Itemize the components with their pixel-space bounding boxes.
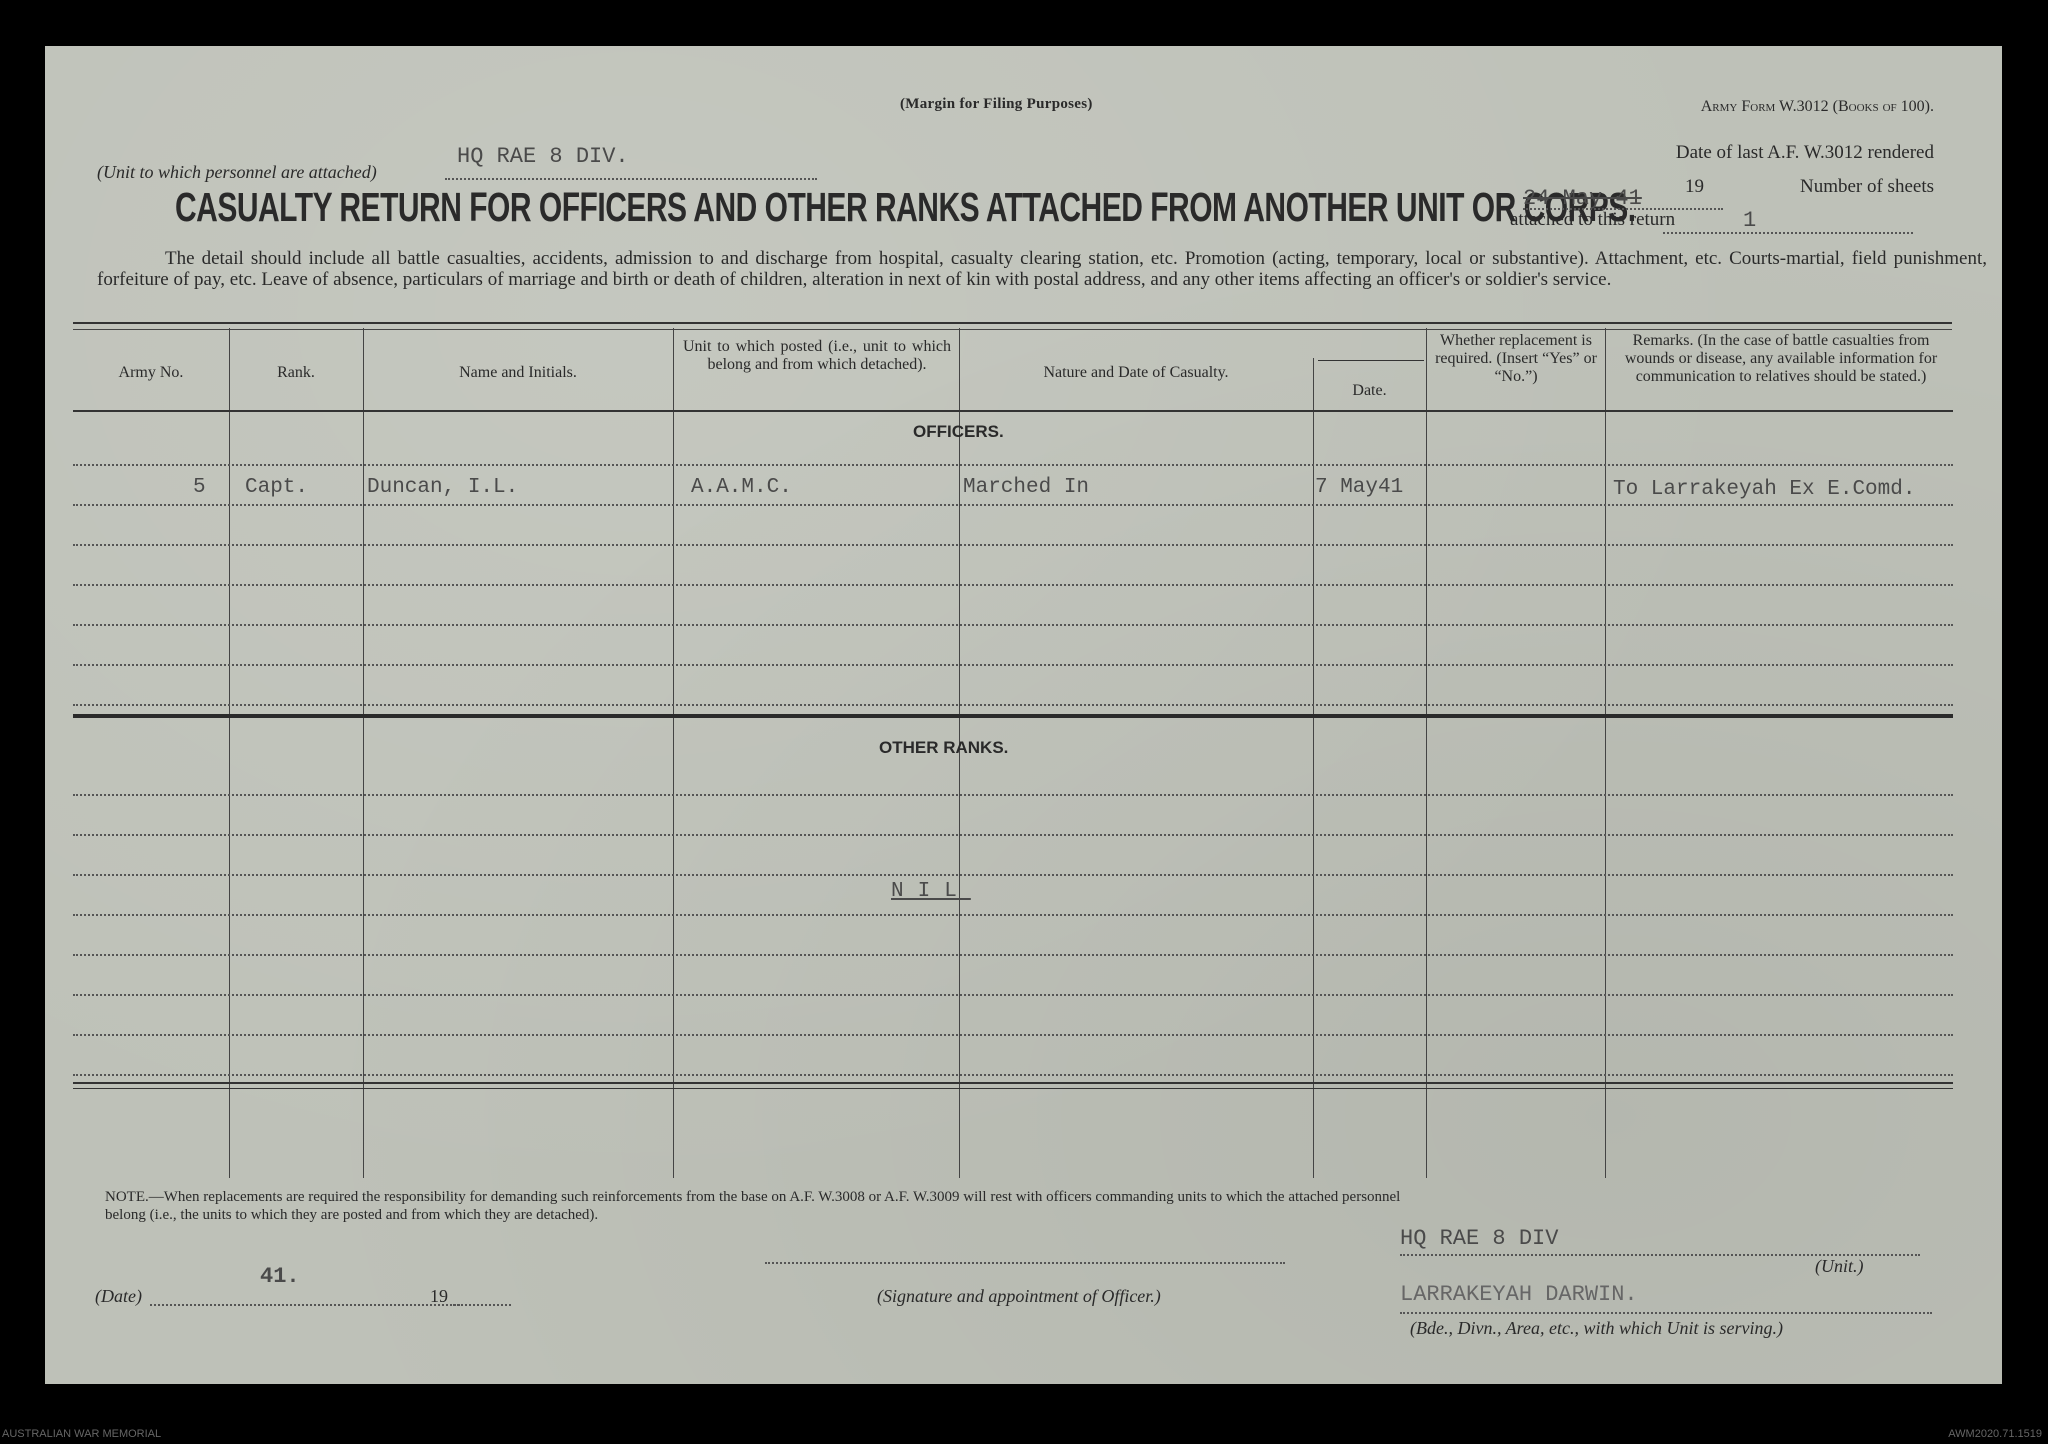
margin-note: (Margin for Filing Purposes): [900, 96, 1093, 113]
officers-section-label: OFFICERS.: [913, 422, 1004, 442]
cell-date: 7 May41: [1315, 476, 1403, 499]
unit-field[interactable]: HQ RAE 8 DIV: [1400, 1226, 1920, 1256]
header-nature: Nature and Date of Casualty.: [959, 364, 1313, 382]
unit-attached-value: HQ RAE 8 DIV.: [457, 144, 629, 169]
header-date: Date.: [1313, 382, 1426, 400]
date-year-field[interactable]: [453, 1282, 511, 1306]
number-of-sheets-label: Number of sheets: [1800, 176, 1934, 198]
bde-divn-area-label: (Bde., Divn., Area, etc., with which Uni…: [1410, 1318, 1783, 1339]
bde-divn-area-value: LARRAKEYAH DARWIN.: [1400, 1282, 1638, 1307]
date-year-prefix: 19: [430, 1286, 448, 1307]
row-rule: [73, 994, 1953, 996]
form-title: CASUALTY RETURN FOR OFFICERS AND OTHER R…: [175, 186, 1636, 232]
date-label: (Date): [95, 1286, 142, 1307]
date-header-rule: [1318, 360, 1424, 361]
date-value: 41.: [260, 1264, 300, 1289]
header-bottom-rule: [73, 410, 1953, 412]
column-divider: [1426, 328, 1427, 1178]
column-divider: [363, 328, 364, 1178]
header-name: Name and Initials.: [363, 364, 673, 382]
unit-label: (Unit.): [1815, 1256, 1864, 1277]
row-rule: [73, 1074, 1953, 1076]
attached-to-return-label: attached to this return: [1510, 209, 1675, 231]
row-rule: [73, 954, 1953, 956]
date-last-rendered-label: Date of last A.F. W.3012 rendered: [1676, 142, 1934, 164]
number-of-sheets-value: 1: [1743, 208, 1756, 233]
credit-accession-number: AWM2020.71.1519: [1948, 1428, 2042, 1440]
unit-attached-field[interactable]: HQ RAE 8 DIV.: [445, 144, 817, 180]
unit-attached-label: (Unit to which personnel are attached): [97, 162, 377, 183]
cell-rank: Capt.: [245, 476, 308, 499]
date-last-rendered-value: 24 May 41: [1523, 186, 1642, 211]
army-form-number: Army Form W.3012 (Books of 100).: [1701, 98, 1934, 116]
row-rule: [73, 624, 1953, 626]
casualty-table: Army No. Rank. Name and Initials. Unit t…: [73, 328, 1953, 1178]
cell-army-no: 5: [193, 476, 206, 499]
row-rule: [73, 704, 1953, 706]
row-rule: [73, 504, 1953, 506]
table-bottom-rule: [73, 1082, 1953, 1084]
cell-name: Duncan, I.L.: [367, 476, 518, 499]
section-divider: [73, 714, 1953, 718]
column-divider: [229, 328, 230, 1178]
column-divider: [673, 328, 674, 1178]
row-rule: [73, 464, 1953, 466]
signature-field[interactable]: [765, 1262, 1285, 1266]
header-remarks: Remarks. (In the case of battle casualti…: [1609, 332, 1953, 386]
instructions-text: The detail should include all battle cas…: [97, 248, 1987, 290]
row-rule: [73, 1034, 1953, 1036]
cell-nature: Marched In: [963, 476, 1089, 499]
column-divider: [1313, 358, 1314, 1178]
credit-institution: AUSTRALIAN WAR MEMORIAL: [2, 1428, 161, 1440]
header-replacement: Whether replacement is required. (Insert…: [1431, 332, 1601, 386]
number-of-sheets-field[interactable]: 1: [1663, 210, 1913, 234]
signature-label: (Signature and appointment of Officer.): [877, 1286, 1161, 1307]
bde-divn-area-field[interactable]: LARRAKEYAH DARWIN.: [1400, 1282, 1932, 1314]
unit-value: HQ RAE 8 DIV: [1400, 1226, 1558, 1251]
row-rule: [73, 584, 1953, 586]
cell-remarks: To Larrakeyah Ex E.Comd.: [1613, 478, 1915, 501]
cell-unit-posted: A.A.M.C.: [691, 476, 792, 499]
date-last-year-prefix: 19: [1685, 176, 1704, 198]
other-ranks-nil: NIL: [891, 880, 971, 903]
header-unit-posted: Unit to which posted (i.e., unit to whic…: [683, 338, 951, 374]
replacement-note: NOTE.—When replacements are required the…: [105, 1188, 1405, 1224]
row-rule: [73, 664, 1953, 666]
header-rank: Rank.: [229, 364, 363, 382]
casualty-return-form: (Margin for Filing Purposes) Army Form W…: [45, 46, 2002, 1384]
row-rule: [73, 874, 1953, 876]
header-army-no: Army No.: [73, 364, 229, 382]
row-rule: [73, 544, 1953, 546]
other-ranks-section-label: OTHER RANKS.: [879, 738, 1008, 758]
row-rule: [73, 914, 1953, 916]
column-divider: [1605, 328, 1606, 1178]
row-rule: [73, 834, 1953, 836]
date-field[interactable]: 41.: [150, 1282, 460, 1306]
table-bottom-rule: [73, 1088, 1953, 1089]
row-rule: [73, 794, 1953, 796]
